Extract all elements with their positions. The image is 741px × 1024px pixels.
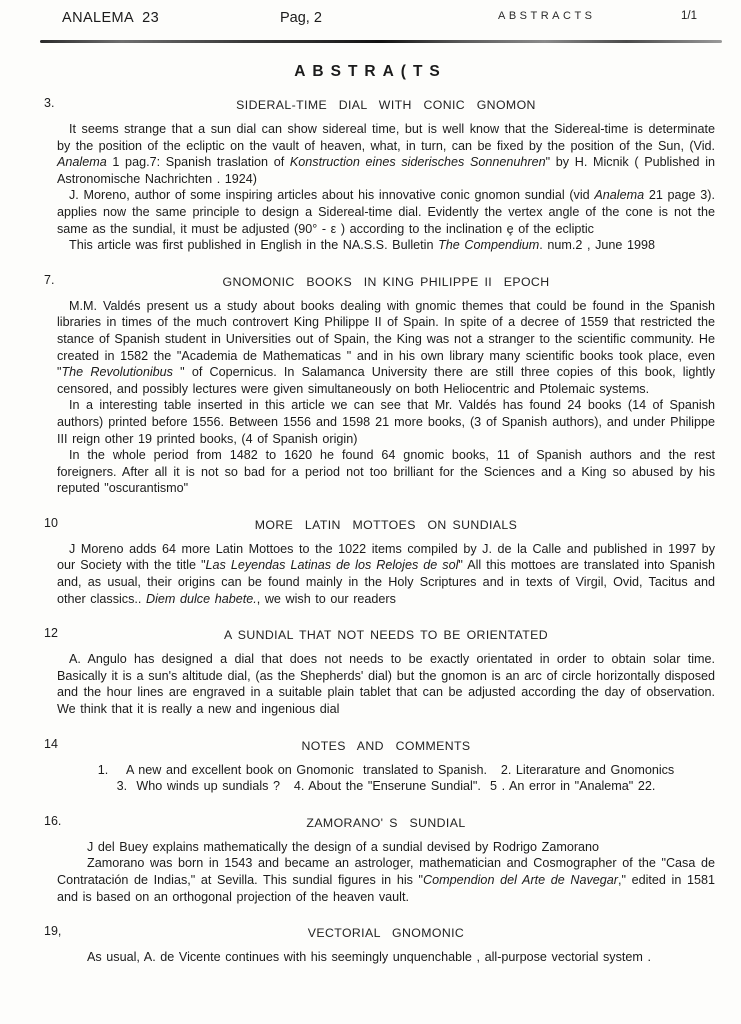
paragraph: M.M. Valdés present us a study about boo… <box>57 298 715 398</box>
section-title: VECTORIAL GNOMONIC <box>308 926 464 940</box>
section-body: J del Buey explains mathematically the d… <box>57 839 715 905</box>
running-header: ANALEMA 23 Pag, 2 ABSTRACTS 1/1 <box>0 0 741 40</box>
italic-text-run: Las Leyendas Latinas de los Relojes de s… <box>206 558 459 572</box>
section-title: NOTES AND COMMENTS <box>301 739 470 753</box>
abstract-section: 19, VECTORIAL GNOMONIC As usual, A. de V… <box>57 924 715 966</box>
italic-text-run: Analema <box>57 155 107 169</box>
italic-text-run: The Compendium <box>438 238 539 252</box>
section-number: 3. <box>44 96 54 110</box>
section-heading: 3. SIDERAL-TIME DIAL WITH CONIC GNOMON <box>57 96 715 114</box>
section-title: A SUNDIAL THAT NOT NEEDS TO BE ORIENTATE… <box>224 628 548 642</box>
paragraph: In a interesting table inserted in this … <box>57 397 715 447</box>
text-run: This article was first published in Engl… <box>69 238 438 252</box>
section-title: SIDERAL-TIME DIAL WITH CONIC GNOMON <box>236 98 536 112</box>
page-title: ABSTRA(TS <box>0 63 741 81</box>
text-run: 3. Who winds up sundials ? 4. About the … <box>117 779 656 793</box>
paragraph: J. Moreno, author of some inspiring arti… <box>57 187 715 237</box>
section-heading: 19, VECTORIAL GNOMONIC <box>57 924 715 942</box>
section-heading: 12 A SUNDIAL THAT NOT NEEDS TO BE ORIENT… <box>57 626 715 644</box>
paragraph: This article was first published in Engl… <box>57 237 715 254</box>
paragraph: As usual, A. de Vicente continues with h… <box>57 949 715 966</box>
text-run: In a interesting table inserted in this … <box>57 398 715 445</box>
abstract-section: 7. GNOMONIC BOOKS IN KING PHILIPPE II EP… <box>57 273 715 497</box>
abstract-sections: 3. SIDERAL-TIME DIAL WITH CONIC GNOMON I… <box>0 96 741 966</box>
abstract-section: 10 MORE LATIN MOTTOES ON SUNDIALS J More… <box>57 516 715 607</box>
text-run: , we wish to our readers <box>257 592 396 606</box>
paragraph: In the whole period from 1482 to 1620 he… <box>57 447 715 497</box>
italic-text-run: Analema <box>594 188 644 202</box>
journal-title: ANALEMA 23 <box>62 10 159 26</box>
paragraph: J Moreno adds 64 more Latin Mottoes to t… <box>57 541 715 607</box>
section-number: 19, <box>44 924 61 938</box>
section-body: It seems strange that a sun dial can sho… <box>57 121 715 254</box>
paragraph: A. Angulo has designed a dial that does … <box>57 651 715 717</box>
header-divider <box>40 40 722 43</box>
text-run: As usual, A. de Vicente continues with h… <box>87 950 651 964</box>
section-body: As usual, A. de Vicente continues with h… <box>57 949 715 966</box>
section-number: 7. <box>44 273 54 287</box>
text-run: 1. A new and excellent book on Gnomonic … <box>98 763 674 777</box>
paragraph: J del Buey explains mathematically the d… <box>57 839 715 856</box>
text-run: A. Angulo has designed a dial that does … <box>57 652 715 716</box>
italic-text-run: Diem dulce habete. <box>146 592 257 606</box>
text-run: J. Moreno, author of some inspiring arti… <box>69 188 594 202</box>
text-run: . num.2 , June 1998 <box>539 238 655 252</box>
section-heading: 14 NOTES AND COMMENTS <box>57 737 715 755</box>
paragraph: Zamorano was born in 1543 and became an … <box>57 855 715 905</box>
section-number: 12 <box>44 626 58 640</box>
section-title: ZAMORANO' S SUNDIAL <box>306 816 465 830</box>
section-heading: 10 MORE LATIN MOTTOES ON SUNDIALS <box>57 516 715 534</box>
section-body: 1. A new and excellent book on Gnomonic … <box>57 762 715 795</box>
section-body: J Moreno adds 64 more Latin Mottoes to t… <box>57 541 715 607</box>
paragraph: It seems strange that a sun dial can sho… <box>57 121 715 187</box>
text-run: It seems strange that a sun dial can sho… <box>57 122 715 153</box>
section-title: MORE LATIN MOTTOES ON SUNDIALS <box>255 518 517 532</box>
text-run: J del Buey explains mathematically the d… <box>87 840 599 854</box>
section-body: M.M. Valdés present us a study about boo… <box>57 298 715 497</box>
paragraph: 1. A new and excellent book on Gnomonic … <box>57 762 715 795</box>
section-title: GNOMONIC BOOKS IN KING PHILIPPE II EPOCH <box>223 275 550 289</box>
section-body: A. Angulo has designed a dial that does … <box>57 651 715 717</box>
italic-text-run: The Revolutionibus <box>61 365 173 379</box>
abstract-section: 3. SIDERAL-TIME DIAL WITH CONIC GNOMON I… <box>57 96 715 254</box>
page-indicator: 1/1 <box>681 10 697 22</box>
section-number: 10 <box>44 516 58 530</box>
abstract-section: 12 A SUNDIAL THAT NOT NEEDS TO BE ORIENT… <box>57 626 715 717</box>
italic-text-run: Compendion del Arte de Navegar <box>423 873 618 887</box>
italic-text-run: Konstruction eines siderisches Sonnenuhr… <box>290 155 546 169</box>
section-number: 14 <box>44 737 58 751</box>
section-number: 16. <box>44 814 61 828</box>
section-heading: 7. GNOMONIC BOOKS IN KING PHILIPPE II EP… <box>57 273 715 291</box>
abstract-section: 14 NOTES AND COMMENTS 1. A new and excel… <box>57 737 715 795</box>
text-run: In the whole period from 1482 to 1620 he… <box>57 448 715 495</box>
text-run: 1 pag.7: Spanish traslation of <box>107 155 290 169</box>
section-heading: 16. ZAMORANO' S SUNDIAL <box>57 814 715 832</box>
abstract-section: 16. ZAMORANO' S SUNDIAL J del Buey expla… <box>57 814 715 905</box>
document-page: ANALEMA 23 Pag, 2 ABSTRACTS 1/1 ABSTRA(T… <box>0 0 741 1024</box>
running-title: ABSTRACTS <box>498 10 596 22</box>
page-number-label: Pag, 2 <box>280 10 322 26</box>
